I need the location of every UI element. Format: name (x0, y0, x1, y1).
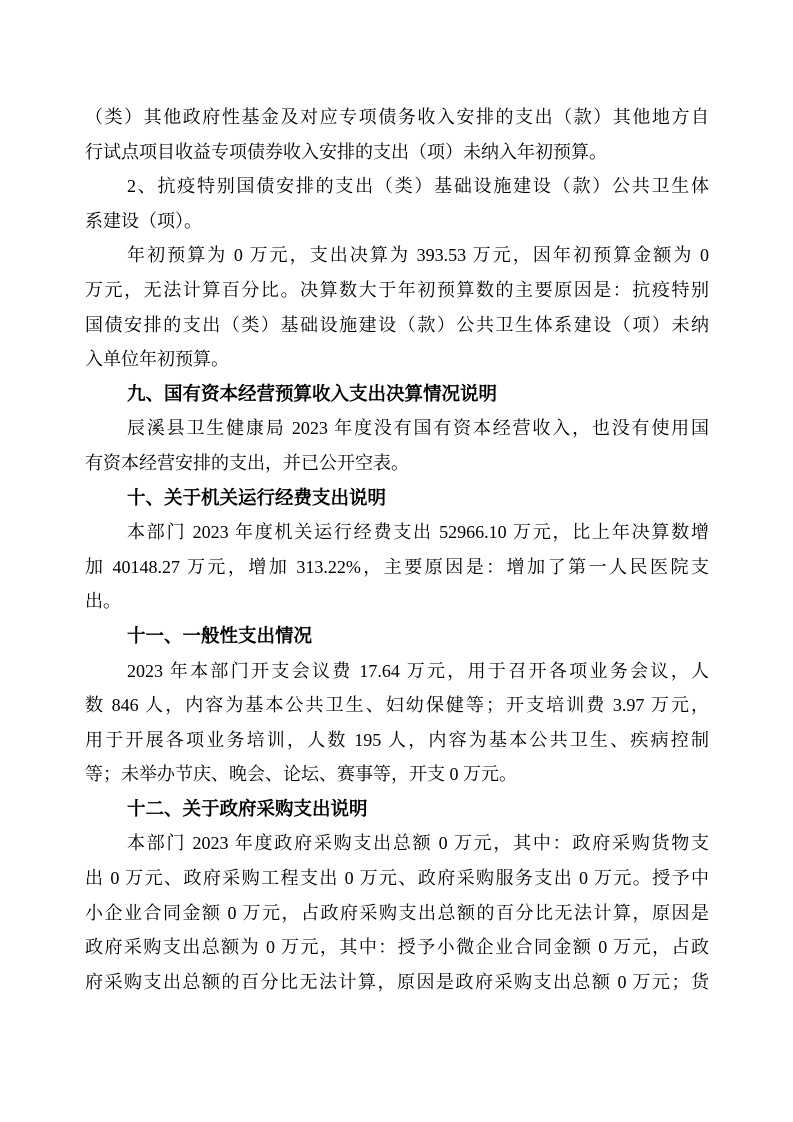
paragraph-line: 本部门 2023 年度政府采购支出总额 0 万元，其中：政府采购货物支 (85, 826, 709, 861)
paragraph-line: 出 0 万元、政府采购工程支出 0 万元、政府采购服务支出 0 万元。授予中 (85, 861, 709, 896)
section-heading-line: 九、国有资本经营预算收入支出决算情况说明 (85, 377, 709, 412)
paragraph-line: 小企业合同金额 0 万元，占政府采购支出总额的百分比无法计算，原因是 (85, 896, 709, 931)
paragraph-line: 加 40148.27 万元，增加 313.22%，主要原因是：增加了第一人民医院… (85, 550, 709, 585)
paragraph-line: 年初预算为 0 万元，支出决算为 393.53 万元，因年初预算金额为 0 (85, 238, 709, 273)
paragraph-line: 本部门 2023 年度机关运行经费支出 52966.10 万元，比上年决算数增 (85, 515, 709, 550)
paragraph-line: 辰溪县卫生健康局 2023 年度没有国有资本经营收入，也没有使用国 (85, 411, 709, 446)
paragraph-line: 用于开展各项业务培训，人数 195 人，内容为基本公共卫生、疾病控制 (85, 723, 709, 758)
paragraph-line: 行试点项目收益专项债券收入安排的支出（项）未纳入年初预算。 (85, 135, 709, 170)
paragraph-line: 入单位年初预算。 (85, 342, 709, 377)
paragraph-line: （类）其他政府性基金及对应专项债务收入安排的支出（款）其他地方自 (85, 100, 709, 135)
paragraph-line: 2、抗疫特别国债安排的支出（类）基础设施建设（款）公共卫生体 (85, 169, 709, 204)
document-content: （类）其他政府性基金及对应专项债务收入安排的支出（款）其他地方自行试点项目收益专… (85, 100, 709, 999)
section-heading-line: 十二、关于政府采购支出说明 (85, 792, 709, 827)
paragraph-line: 国债安排的支出（类）基础设施建设（款）公共卫生体系建设（项）未纳 (85, 308, 709, 343)
section-heading-line: 十、关于机关运行经费支出说明 (85, 481, 709, 516)
paragraph-line: 等；未举办节庆、晚会、论坛、赛事等，开支 0 万元。 (85, 757, 709, 792)
paragraph-line: 系建设（项）。 (85, 204, 709, 239)
paragraph-line: 出。 (85, 584, 709, 619)
paragraph-line: 有资本经营安排的支出，并已公开空表。 (85, 446, 709, 481)
paragraph-line: 数 846 人，内容为基本公共卫生、妇幼保健等；开支培训费 3.97 万元， (85, 688, 709, 723)
paragraph-line: 政府采购支出总额为 0 万元，其中：授予小微企业合同金额 0 万元，占政 (85, 930, 709, 965)
paragraph-line: 2023 年本部门开支会议费 17.64 万元，用于召开各项业务会议，人 (85, 654, 709, 689)
section-heading-line: 十一、一般性支出情况 (85, 619, 709, 654)
paragraph-line: 府采购支出总额的百分比无法计算，原因是政府采购支出总额 0 万元；货 (85, 965, 709, 1000)
paragraph-line: 万元，无法计算百分比。决算数大于年初预算数的主要原因是：抗疫特别 (85, 273, 709, 308)
document-page: （类）其他政府性基金及对应专项债务收入安排的支出（款）其他地方自行试点项目收益专… (0, 0, 793, 1122)
